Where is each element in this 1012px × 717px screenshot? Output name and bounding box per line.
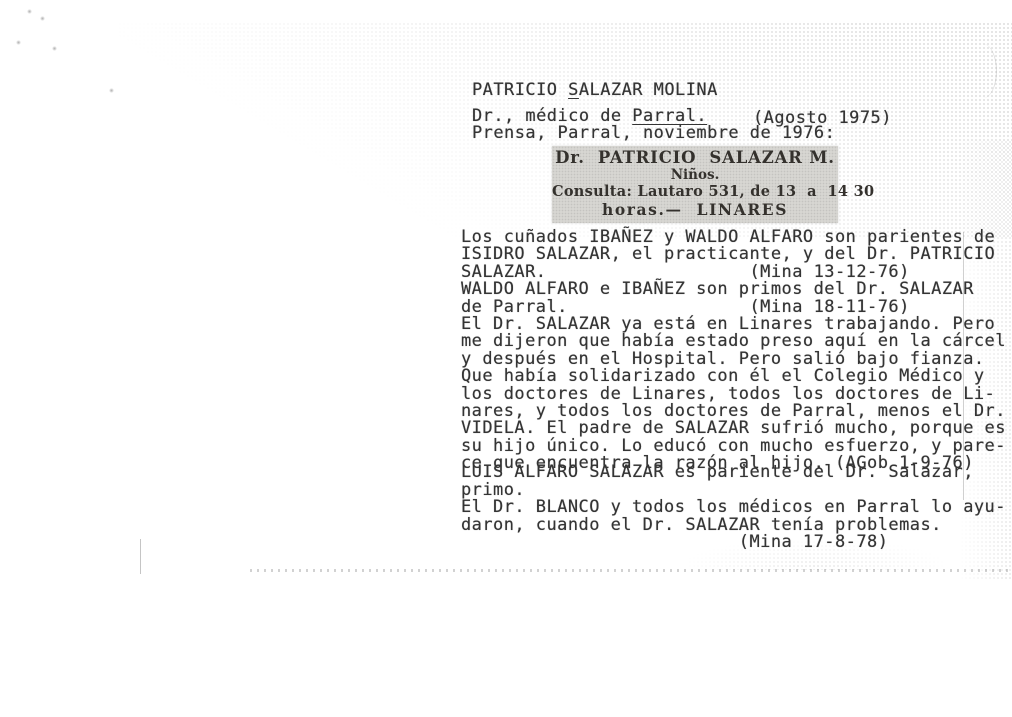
- typewritten-line: LUIS ALFARO SALAZAR es pariente del Dr. …: [461, 464, 1006, 481]
- typewritten-body: Los cuñados IBAÑEZ y WALDO ALFARO son pa…: [461, 229, 1006, 551]
- scan-speck: [27, 9, 32, 14]
- typewritten-line: WALDO ALFARO e IBAÑEZ son primos del Dr.…: [461, 281, 1006, 298]
- typewritten-line: (Mina 17-8-78): [461, 534, 1006, 551]
- clipping-consulta-address: Consulta: Lautaro 531, de 13 a 14 30: [552, 183, 838, 201]
- scan-speck: [52, 46, 57, 51]
- scan-speck: [109, 88, 114, 93]
- typewritten-line: Que había solidarizado con él el Colegio…: [461, 368, 1006, 385]
- title-text: ALAZAR MOLINA: [579, 80, 718, 100]
- scan-vertical-mark: [140, 539, 141, 574]
- scanned-document-page: PATRICIO SALAZAR MOLINA Dr., médico de P…: [0, 0, 1012, 717]
- title-underlined-letter: S: [568, 80, 579, 100]
- source-line: Prensa, Parral, noviembre de 1976:: [472, 123, 835, 143]
- scan-speck: [16, 40, 21, 45]
- scan-arc-mark: [974, 44, 997, 98]
- clipping-doctor-name: Dr. PATRICIO SALAZAR M.: [552, 146, 838, 167]
- scan-card-bottom-edge-line: [250, 569, 1010, 572]
- document-title: PATRICIO SALAZAR MOLINA: [472, 80, 718, 100]
- newspaper-clipping-ad: Dr. PATRICIO SALAZAR M. Niños. Consulta:…: [552, 146, 838, 223]
- clipping-specialty: Niños.: [552, 167, 838, 183]
- title-text: PATRICIO: [472, 80, 568, 100]
- scan-speck: [40, 16, 45, 21]
- clipping-city: horas.— LINARES: [552, 201, 838, 219]
